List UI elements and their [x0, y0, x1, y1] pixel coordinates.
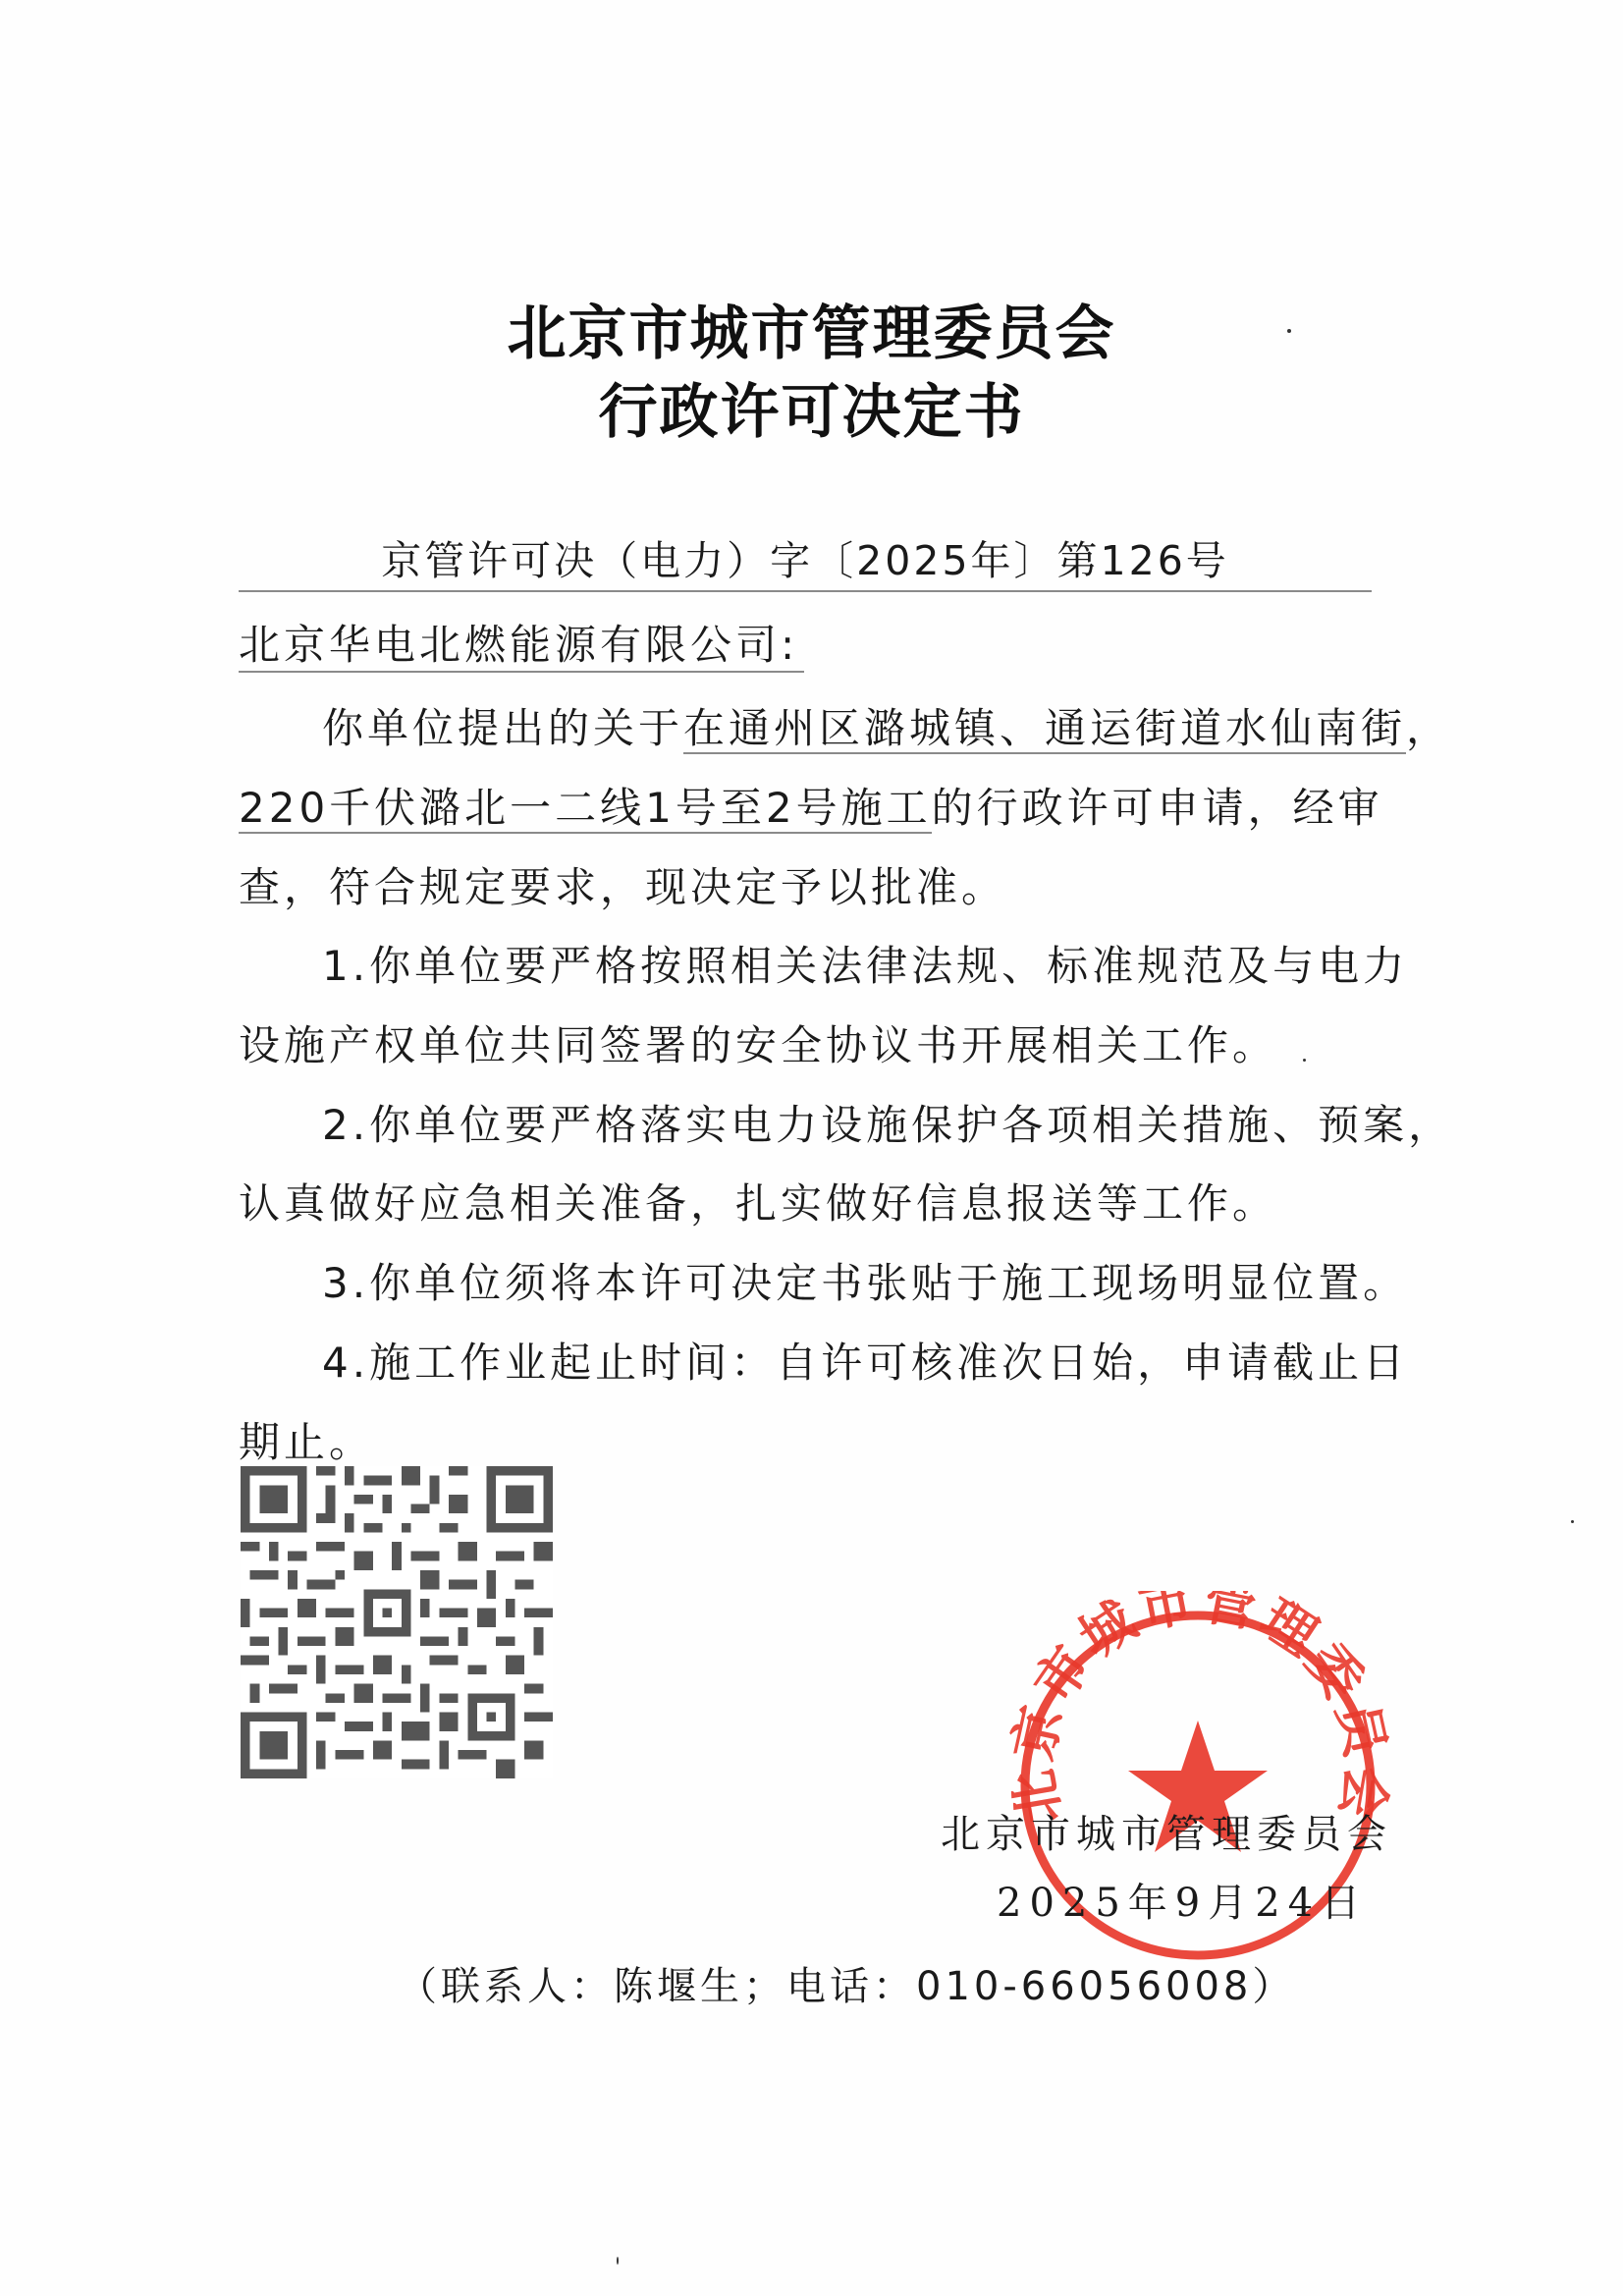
body-text: ， — [1406, 704, 1451, 752]
addressee: 北京华电北燃能源有限公司: — [239, 620, 804, 673]
item-2-line-1: 2.你单位要严格落实电力设施保护各项相关措施、预案， — [322, 1100, 1453, 1151]
item-3-line-1: 3.你单位须将本许可决定书张贴于施工现场明显位置。 — [322, 1258, 1408, 1309]
document-title-type: 行政许可决定书 — [0, 365, 1623, 450]
item-4-line-2: 期止。 — [239, 1417, 374, 1468]
qr-code-icon[interactable] — [241, 1466, 553, 1778]
document-number: 京管许可决（电力）字〔2025年〕第126号 — [239, 535, 1372, 592]
document-title-org: 北京市城市管理委员会 — [0, 287, 1623, 371]
scan-speck — [1571, 1520, 1574, 1523]
scan-speck — [1303, 1059, 1306, 1062]
contact-info: （联系人：陈堰生；电话：010-66056008） — [398, 1962, 1295, 2011]
item-4-line-1: 4.施工作业起止时间：自许可核准次日始，申请截止日 — [322, 1338, 1408, 1389]
scan-speck — [1287, 329, 1291, 333]
item-1-line-2: 设施产权单位共同签署的安全协议书开展相关工作。 — [239, 1020, 1277, 1071]
item-2-line-2: 认真做好应急相关准备，扎实做好信息报送等工作。 — [239, 1178, 1277, 1230]
signature-date: 2025年9月24日 — [997, 1879, 1368, 1928]
item-1-line-1: 1.你单位要严格按照相关法律法规、标准规范及与电力 — [322, 941, 1408, 992]
body-paragraph-1-line-1: 你单位提出的关于在通州区潞城镇、通运街道水仙南街， — [322, 703, 1451, 754]
document-number-text: 京管许可决（电力）字〔2025年〕第126号 — [381, 535, 1229, 586]
project-location-underlined: 在通州区潞城镇、通运街道水仙南街 — [683, 704, 1406, 754]
body-paragraph-1-line-3: 查，符合规定要求，现决定予以批准。 — [239, 862, 1006, 913]
body-text: 的行政许可申请，经审 — [932, 784, 1383, 832]
signature-organization: 北京市城市管理委员会 — [941, 1810, 1392, 1859]
scan-speck — [617, 2257, 619, 2265]
body-text: 你单位提出的关于 — [322, 704, 683, 752]
project-name-underlined: 220千伏潞北一二线1号至2号施工 — [239, 784, 932, 834]
body-paragraph-1-line-2: 220千伏潞北一二线1号至2号施工的行政许可申请，经审 — [239, 783, 1383, 834]
document-page: 北京市城市管理委员会 行政许可决定书 京管许可决（电力）字〔2025年〕第126… — [0, 0, 1623, 2296]
